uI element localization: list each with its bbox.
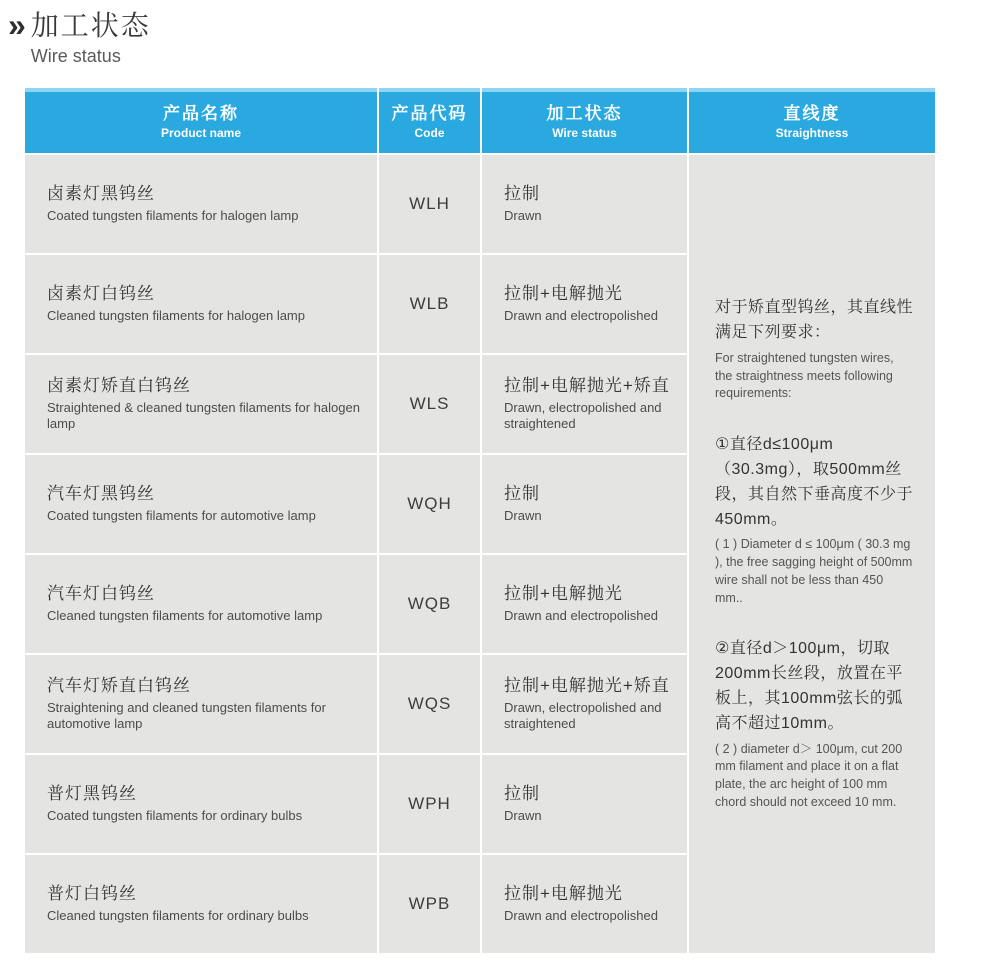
column-header-product-name: 产品名称 Product name xyxy=(25,88,377,153)
product-name-zh: 汽车灯黑钨丝 xyxy=(47,483,363,506)
status-zh: 拉制+电解抛光+矫直 xyxy=(504,675,677,698)
table-row-product-name: 汽车灯白钨丝 Cleaned tungsten filaments for au… xyxy=(25,555,377,653)
table-row-status: 拉制+电解抛光 Drawn and electropolished xyxy=(482,555,687,653)
status-en: Drawn xyxy=(504,808,677,825)
product-code: WLB xyxy=(410,294,450,314)
table-row-status: 拉制+电解抛光+矫直 Drawn, electropolished and st… xyxy=(482,655,687,753)
column-header-code: 产品代码 Code xyxy=(379,88,480,153)
product-name-en: Straightening and cleaned tungsten filam… xyxy=(47,700,363,734)
page-title-texts: 加工状态 Wire status xyxy=(31,8,151,68)
product-name-en: Coated tungsten filaments for halogen la… xyxy=(47,208,363,225)
status-en: Drawn, electropolished and straightened xyxy=(504,700,677,734)
table-row-code: WQS xyxy=(379,655,480,753)
column-header-en: Wire status xyxy=(552,126,617,142)
straightness-intro-en: For straightened tungsten wires, the str… xyxy=(715,350,913,403)
product-code: WQH xyxy=(407,494,452,514)
status-en: Drawn and electropolished xyxy=(504,908,677,925)
product-name-en: Coated tungsten filaments for automotive… xyxy=(47,508,363,525)
straightness-req1-zh: ①直径d≤100μm（30.3mg），取500mm丝段，其自然下垂高度不少于45… xyxy=(715,433,913,532)
column-header-en: Product name xyxy=(161,126,241,142)
table-row-code: WLH xyxy=(379,155,480,253)
page-title-en: Wire status xyxy=(31,46,151,68)
table-row-product-name: 卤素灯矫直白钨丝 Straightened & cleaned tungsten… xyxy=(25,355,377,453)
table-row-product-name: 汽车灯矫直白钨丝 Straightening and cleaned tungs… xyxy=(25,655,377,753)
table-row-status: 拉制+电解抛光 Drawn and electropolished xyxy=(482,255,687,353)
table-row-code: WPB xyxy=(379,855,480,953)
product-name-zh: 卤素灯白钨丝 xyxy=(47,283,363,306)
page-title: » 加工状态 Wire status xyxy=(8,8,151,68)
status-zh: 拉制+电解抛光 xyxy=(504,283,677,306)
table-row-code: WPH xyxy=(379,755,480,853)
product-name-zh: 汽车灯矫直白钨丝 xyxy=(47,675,363,698)
straightness-req2-en: ( 2 ) diameter d＞ 100μm, cut 200 mm fila… xyxy=(715,741,913,812)
product-name-zh: 卤素灯矫直白钨丝 xyxy=(47,375,363,398)
column-header-en: Straightness xyxy=(776,126,849,142)
product-code: WLH xyxy=(409,194,450,214)
table-row-code: WLB xyxy=(379,255,480,353)
table-row-code: WQH xyxy=(379,455,480,553)
column-header-straightness: 直线度 Straightness xyxy=(689,88,935,153)
status-en: Drawn, electropolished and straightened xyxy=(504,400,677,434)
column-header-en: Code xyxy=(415,126,445,142)
product-name-en: Cleaned tungsten filaments for ordinary … xyxy=(47,908,363,925)
straightness-intro-zh: 对于矫直型钨丝，其直线性满足下列要求： xyxy=(715,296,913,346)
status-en: Drawn xyxy=(504,508,677,525)
product-name-en: Cleaned tungsten filaments for halogen l… xyxy=(47,308,363,325)
column-header-zh: 产品名称 xyxy=(163,103,239,125)
status-en: Drawn and electropolished xyxy=(504,608,677,625)
table-row-product-name: 卤素灯黑钨丝 Coated tungsten filaments for hal… xyxy=(25,155,377,253)
column-header-wire-status: 加工状态 Wire status xyxy=(482,88,687,153)
table-row-code: WQB xyxy=(379,555,480,653)
table-row-status: 拉制 Drawn xyxy=(482,755,687,853)
product-name-en: Straightened & cleaned tungsten filament… xyxy=(47,400,363,434)
table-row-product-name: 汽车灯黑钨丝 Coated tungsten filaments for aut… xyxy=(25,455,377,553)
column-header-zh: 加工状态 xyxy=(547,103,623,125)
product-name-zh: 卤素灯黑钨丝 xyxy=(47,183,363,206)
product-name-en: Coated tungsten filaments for ordinary b… xyxy=(47,808,363,825)
table-row-status: 拉制+电解抛光 Drawn and electropolished xyxy=(482,855,687,953)
product-name-zh: 汽车灯白钨丝 xyxy=(47,583,363,606)
page-title-zh: 加工状态 xyxy=(31,8,151,43)
status-zh: 拉制 xyxy=(504,183,677,206)
product-name-en: Cleaned tungsten filaments for automotiv… xyxy=(47,608,363,625)
double-chevron-icon: » xyxy=(8,8,23,43)
table-row-status: 拉制 Drawn xyxy=(482,455,687,553)
table-row-product-name: 普灯白钨丝 Cleaned tungsten filaments for ord… xyxy=(25,855,377,953)
status-en: Drawn xyxy=(504,208,677,225)
product-code: WPH xyxy=(408,794,451,814)
status-zh: 拉制+电解抛光+矫直 xyxy=(504,375,677,398)
product-code: WQB xyxy=(408,594,452,614)
status-zh: 拉制+电解抛光 xyxy=(504,883,677,906)
status-zh: 拉制+电解抛光 xyxy=(504,583,677,606)
straightness-cell: 对于矫直型钨丝，其直线性满足下列要求： For straightened tun… xyxy=(689,155,935,953)
status-zh: 拉制 xyxy=(504,783,677,806)
status-zh: 拉制 xyxy=(504,483,677,506)
status-en: Drawn and electropolished xyxy=(504,308,677,325)
product-code: WPB xyxy=(409,894,451,914)
column-header-zh: 直线度 xyxy=(784,103,841,125)
product-code: WLS xyxy=(410,394,450,414)
table-row-code: WLS xyxy=(379,355,480,453)
table-row-product-name: 卤素灯白钨丝 Cleaned tungsten filaments for ha… xyxy=(25,255,377,353)
product-name-zh: 普灯黑钨丝 xyxy=(47,783,363,806)
table-row-product-name: 普灯黑钨丝 Coated tungsten filaments for ordi… xyxy=(25,755,377,853)
straightness-req2-zh: ②直径d＞100μm，切取200mm长丝段，放置在平板上，其100mm弦长的弧高… xyxy=(715,637,913,736)
product-name-zh: 普灯白钨丝 xyxy=(47,883,363,906)
catalog-page: » 加工状态 Wire status 产品名称 Product name 产品代… xyxy=(0,0,1000,974)
wire-status-table: 产品名称 Product name 产品代码 Code 加工状态 Wire st… xyxy=(25,88,935,953)
table-row-status: 拉制 Drawn xyxy=(482,155,687,253)
straightness-req1-en: ( 1 ) Diameter d ≤ 100μm ( 30.3 mg ), th… xyxy=(715,536,913,607)
table-row-status: 拉制+电解抛光+矫直 Drawn, electropolished and st… xyxy=(482,355,687,453)
column-header-zh: 产品代码 xyxy=(392,103,468,125)
product-code: WQS xyxy=(408,694,452,714)
